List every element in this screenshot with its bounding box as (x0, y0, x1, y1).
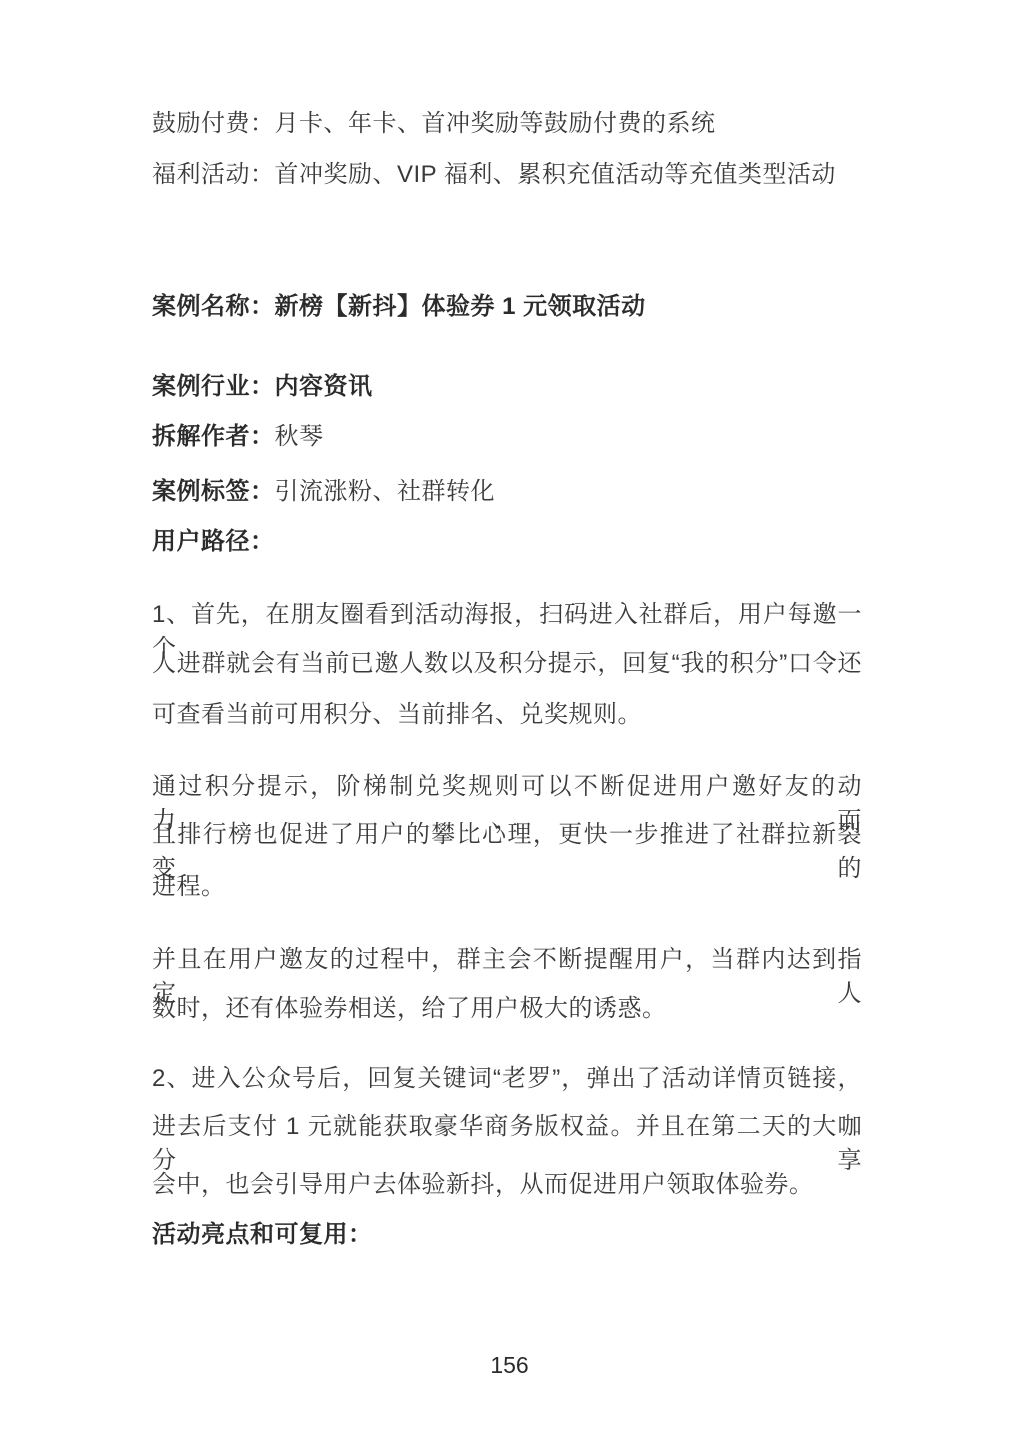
case-industry-line: 案例行业：内容资讯 (152, 370, 862, 404)
case-tags-label: 案例标签： (152, 478, 275, 505)
intro-line-welfare-activity: 福利活动：首冲奖励、VIP 福利、累积充值活动等充值类型活动 (152, 158, 862, 192)
paragraph-4-line-1: 2、进入公众号后，回复关键词“老罗”，弹出了活动详情页链接， (152, 1062, 862, 1096)
case-tags-value: 引流涨粉、社群转化 (275, 478, 496, 505)
paragraph-1-line-3: 可查看当前可用积分、当前排名、兑奖规则。 (152, 698, 862, 732)
highlight-heading: 活动亮点和可复用： (152, 1218, 862, 1252)
intro-line-paid-incentive: 鼓励付费：月卡、年卡、首冲奖励等鼓励付费的系统 (152, 107, 862, 141)
user-path-heading: 用户路径： (152, 525, 862, 559)
case-author-label: 拆解作者： (152, 423, 275, 450)
paragraph-1-line-2: 人进群就会有当前已邀人数以及积分提示，回复“我的积分”口令还 (152, 647, 862, 681)
case-author-line: 拆解作者：秋琴 (152, 420, 862, 454)
case-name-heading: 案例名称：新榜【新抖】体验券 1 元领取活动 (152, 290, 862, 324)
paragraph-4-line-3: 会中，也会引导用户去体验新抖，从而促进用户领取体验券。 (152, 1168, 862, 1202)
case-tags-line: 案例标签：引流涨粉、社群转化 (152, 475, 862, 509)
paragraph-2-line-3: 进程。 (152, 870, 862, 904)
page-number: 156 (0, 1350, 1019, 1380)
paragraph-3-line-2: 数时，还有体验券相送，给了用户极大的诱惑。 (152, 992, 862, 1026)
document-page: 鼓励付费：月卡、年卡、首冲奖励等鼓励付费的系统 福利活动：首冲奖励、VIP 福利… (0, 0, 1019, 1440)
case-author-value: 秋琴 (275, 423, 324, 450)
